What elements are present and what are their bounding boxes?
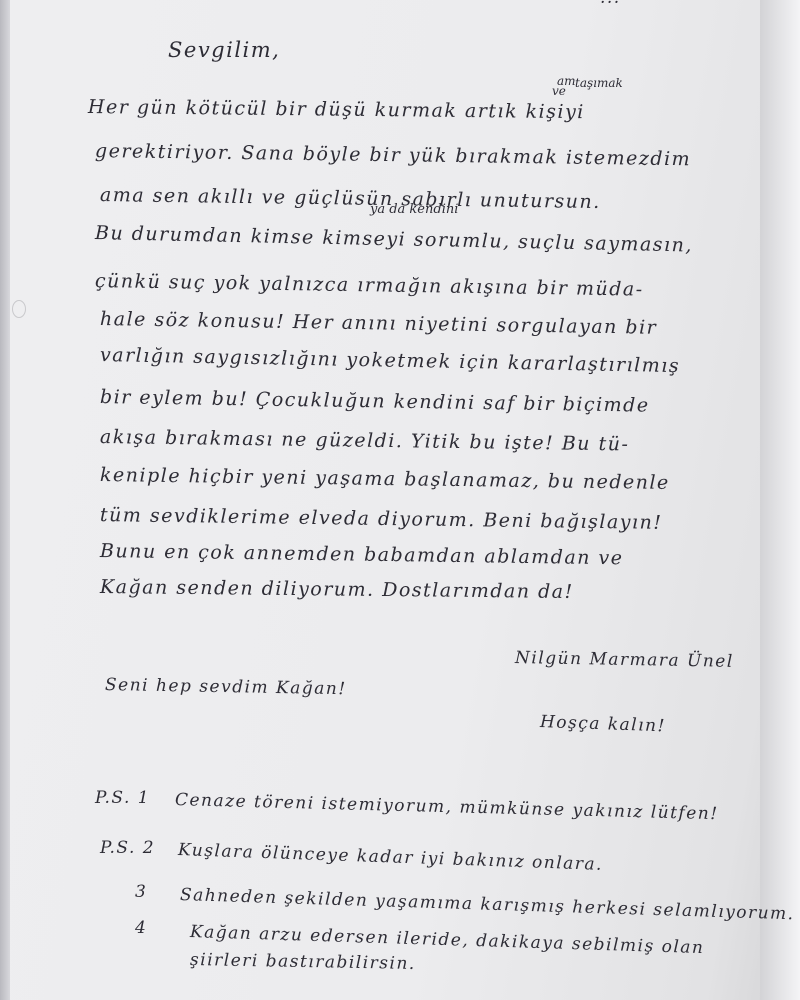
punch-hole (12, 300, 26, 318)
paper-binding-edge (0, 0, 10, 1000)
insertion-tasimak: taşımak (575, 76, 623, 90)
salutation: Sevgilim, (168, 38, 280, 62)
insertion-ya-da-kendini: ya da kendini (370, 202, 458, 217)
ps-marker-2: P.S. 2 (100, 838, 155, 858)
ps-marker-4: 4 (135, 918, 147, 938)
ps-marker-3: 3 (135, 882, 147, 902)
signature-name: Nilgün Marmara Ünel (515, 648, 734, 672)
ps-marker-1: P.S. 1 (95, 788, 150, 808)
closing-love-note: Seni hep sevdim Kağan! (105, 675, 347, 699)
insertion-ve: ve (552, 84, 566, 98)
ps-text-5: şiirleri bastırabilirsin. (190, 950, 416, 974)
page-shadow (760, 0, 800, 1000)
corner-fragment: ... (600, 0, 621, 8)
